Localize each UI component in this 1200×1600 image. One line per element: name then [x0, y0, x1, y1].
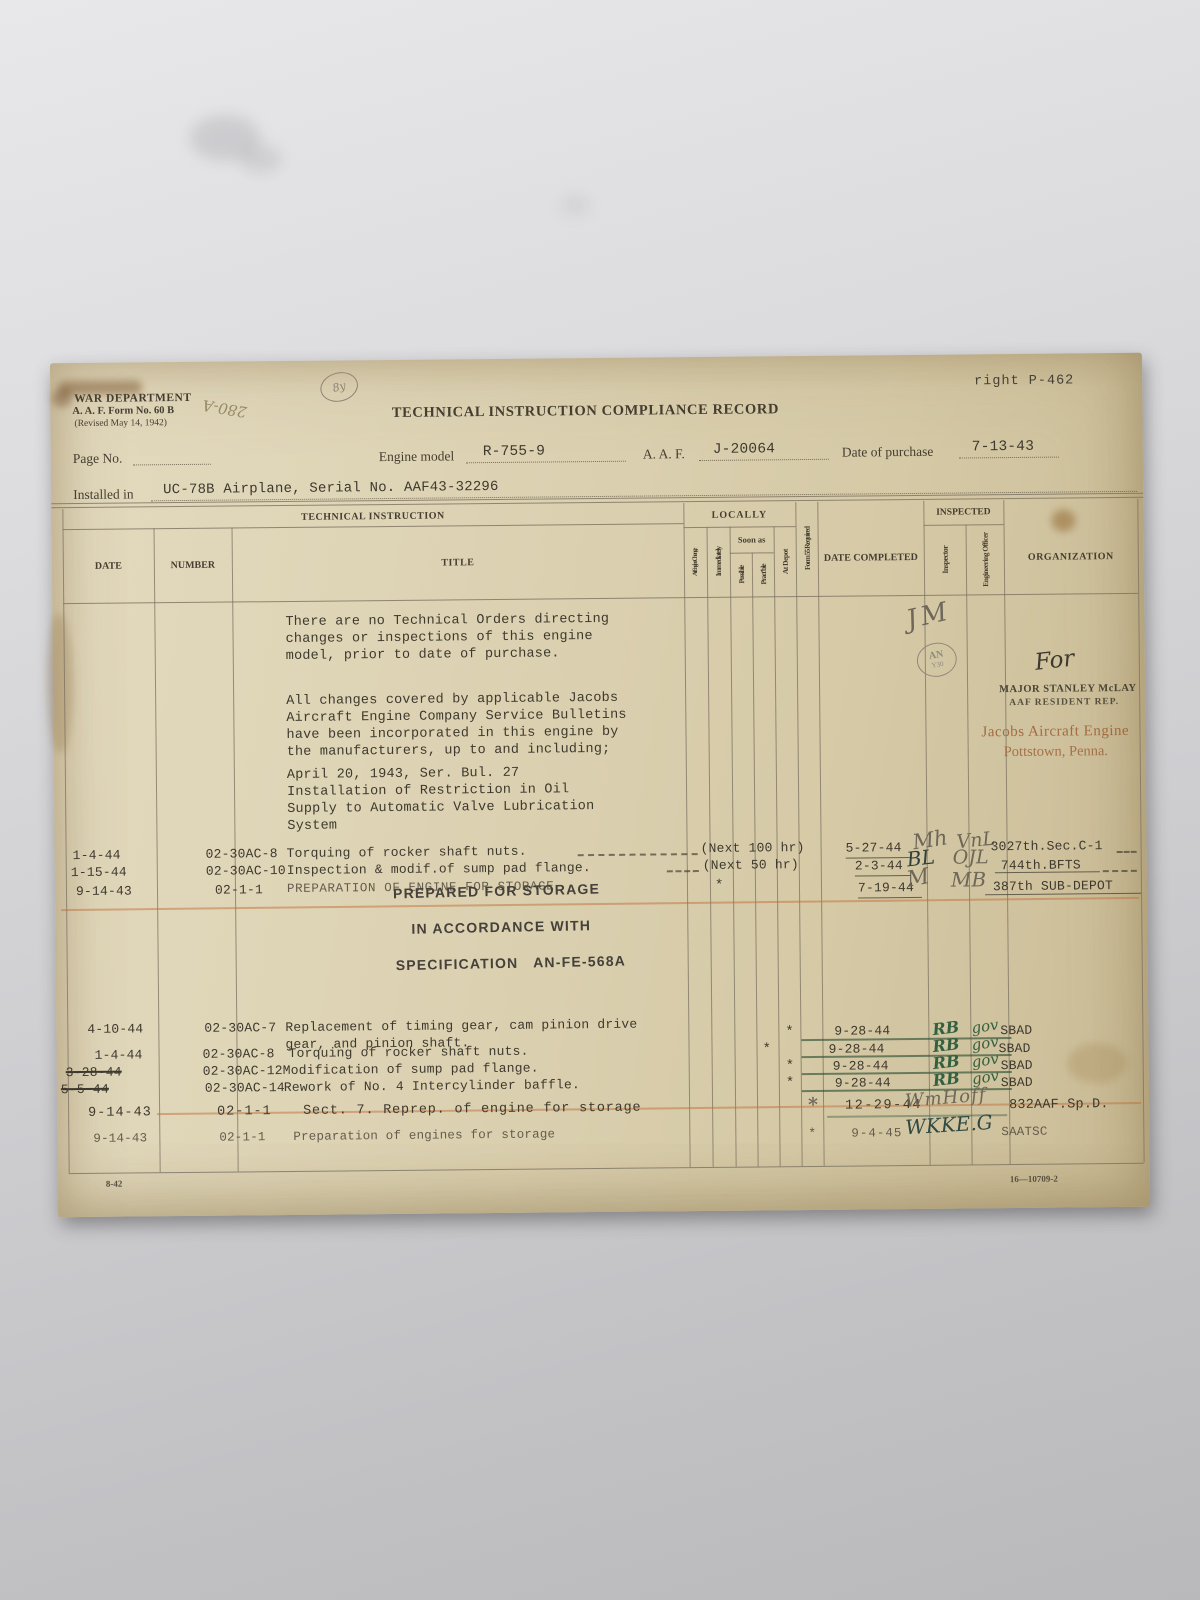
footer-print-code: 16—10709-2	[1010, 1174, 1058, 1184]
form55-right-rule	[817, 502, 824, 1166]
entry-organization: SAATSC	[1001, 1124, 1047, 1141]
col-practble-label: Pract'ble	[758, 564, 767, 584]
entry-date-completed: 9-4-45	[851, 1125, 902, 1142]
col-at-depot: At Depot	[774, 526, 797, 596]
col-number: NUMBER	[154, 528, 233, 603]
aaf-serial-value: J-20064	[713, 441, 775, 459]
background-smudge	[560, 195, 590, 215]
col-soon-as: Soon as	[730, 526, 774, 552]
entry-number: 02-1-1	[215, 881, 263, 898]
pencil-code: 280-A	[201, 396, 248, 421]
col-form55-label: Form 55 Required	[802, 527, 811, 570]
jacobs-stamp-line2: Pottstown, Penna.	[1004, 743, 1108, 761]
entry-number: 02-30AC-10	[206, 862, 286, 880]
jacobs-stamp-line1: Jacobs Aircraft Engine	[981, 723, 1129, 741]
form55-left-rule	[795, 502, 802, 1166]
purchase-date-blank	[959, 457, 1059, 459]
eng-officer-initials-handwritten: MB	[951, 867, 986, 891]
entry-number: 02-30AC-7	[204, 1019, 276, 1037]
an-inspection-stamp: AN Y30	[915, 640, 960, 680]
entry-title: Sect. 7. Reprep. of engine for storage	[303, 1100, 641, 1120]
document-title: TECHNICAL INSTRUCTION COMPLIANCE RECORD	[380, 401, 790, 422]
col-practble: Pract'ble	[752, 552, 774, 596]
footer-form-code: 8-42	[106, 1179, 123, 1189]
entry-star: *	[762, 1041, 771, 1058]
purchase-date-value: 7-13-43	[972, 439, 1034, 457]
entry-title: Inspection & modif.of sump pad flange.	[287, 859, 591, 879]
an-stamp-bottom-text: Y30	[931, 660, 944, 670]
installed-in-value: UC-78B Airplane, Serial No. AAF43-32296	[163, 479, 499, 499]
entry-date: 1-4-44	[73, 847, 121, 864]
entry-dash	[1103, 870, 1137, 872]
entry-date-completed: 2-3-44	[855, 857, 911, 877]
mclay-stamp-line2: AAF RESIDENT REP.	[1009, 697, 1119, 708]
agency-name: WAR DEPARTMENT	[74, 392, 191, 405]
circled-pencil-mark: 8y	[317, 368, 361, 406]
col-at-engine-change: At Engine Change	[684, 527, 708, 597]
note-paragraph-2: All changes covered by applicable Jacobs…	[286, 690, 627, 761]
engine-model-value: R-755-9	[483, 444, 545, 462]
inspector-signature-handwritten: WKKE.G	[905, 1110, 994, 1139]
for-handwritten-note: For	[1033, 645, 1075, 675]
entry-date: 9-14-43	[88, 1104, 152, 1122]
entry-note: (Next 50 hr)	[703, 856, 799, 874]
table-right-rule	[1137, 499, 1144, 1163]
col-form55-required: Form 55 Required	[795, 502, 818, 596]
corner-page-note: right P-462	[974, 373, 1074, 389]
entry-star: *	[808, 1094, 818, 1116]
entry-date-completed: 5-27-44	[846, 839, 910, 859]
storage-stamp-line1: PREPARED FOR STORAGE	[393, 881, 600, 902]
group-locally: LOCALLY	[683, 502, 795, 527]
storage-stamp-line3: SPECIFICATION AN-FE-568A	[396, 953, 627, 974]
entry-organization: 3027th.Sec.C-1	[991, 837, 1103, 855]
col-immediately-label: Immediately	[714, 547, 723, 577]
page-no-label: Page No.	[73, 451, 123, 467]
col-possible: Possible	[730, 553, 752, 597]
aaf-label: A. A. F.	[643, 446, 685, 462]
eng-officer-initials-handwritten: OJL	[953, 846, 989, 868]
date-number-rule	[154, 528, 161, 1172]
col-engineering-officer: Engineering Officer	[966, 524, 1005, 594]
entry-star: *	[808, 1125, 816, 1142]
entry-number: 02-30AC-14	[205, 1079, 285, 1097]
col-inspector: Inspector	[924, 524, 967, 594]
background-smudge	[240, 145, 282, 173]
storage-stamp-line2: IN ACCORDANCE WITH	[411, 917, 591, 937]
entry-title: Rework of No. 4 Intercylinder baffle.	[284, 1076, 580, 1096]
photo-background: WAR DEPARTMENT A. A. F. Form No. 60 B (R…	[0, 0, 1200, 1600]
entry-note: (Next 100 hr)	[701, 839, 805, 857]
col-organization: ORGANIZATION	[1003, 519, 1138, 594]
col-date: DATE	[63, 528, 155, 603]
edge-stain	[46, 613, 73, 753]
inspector-column-initials: JM	[904, 596, 954, 635]
mclay-stamp-line1: MAJOR STANLEY McLAY	[999, 683, 1137, 695]
engine-model-label: Engine model	[379, 448, 455, 465]
form-revision: (Revised May 14, 1942)	[74, 418, 166, 429]
entry-number: 02-30AC-8	[202, 1045, 274, 1063]
note-paragraph-3: April 20, 1943, Ser. Bul. 27 Installatio…	[287, 764, 595, 835]
entry-date: 9-14-43	[93, 1130, 147, 1148]
entry-number: 02-30AC-8	[206, 845, 278, 863]
group-inspected: INSPECTED	[923, 500, 1003, 525]
entry-number: 02-1-1	[217, 1103, 272, 1121]
entry-dash	[667, 870, 699, 872]
entry-date: 3-28-44	[66, 1064, 122, 1082]
col-at-depot-label: At Depot	[780, 549, 789, 574]
entry-date: 1-15-44	[71, 864, 127, 882]
corner-stain	[1067, 1043, 1127, 1084]
entry-star: *	[715, 878, 724, 895]
entry-date: 1-4-44	[94, 1046, 142, 1063]
entry-date: 5-5-44	[61, 1081, 109, 1098]
entry-star: *	[786, 1058, 795, 1075]
title-end-rule	[683, 503, 690, 1167]
entry-title: Preparation of engines for storage	[293, 1126, 555, 1146]
page-no-blank	[133, 464, 211, 466]
entry-dash	[1117, 851, 1137, 853]
col-possible-label: Possible	[736, 566, 745, 584]
col-date-completed: DATE COMPLETED	[817, 521, 924, 596]
inspector-initials-handwritten: M	[905, 864, 932, 893]
entry-date-completed: 9-28-44	[834, 1022, 890, 1040]
col-title: TITLE	[232, 523, 685, 601]
orange-rule	[61, 897, 1139, 911]
col-at-engine-change-label: At Engine Change	[692, 549, 699, 576]
col-immediately: Immediately	[707, 527, 731, 597]
entry-underline	[985, 893, 1141, 895]
entry-date: 9-14-43	[76, 882, 132, 900]
form-number: A. A. F. Form No. 60 B	[72, 405, 174, 417]
entry-number: 02-1-1	[219, 1129, 265, 1146]
entry-dash	[578, 853, 698, 856]
note-paragraph-1: There are no Technical Orders directing …	[285, 611, 609, 665]
engine-model-blank	[466, 461, 626, 464]
entry-star: *	[785, 1024, 794, 1041]
entry-date: 4-10-44	[87, 1020, 143, 1038]
staple-stain	[52, 389, 72, 407]
installed-in-label: Installed in	[73, 486, 134, 503]
entry-star: *	[786, 1075, 795, 1092]
aaf-serial-blank	[699, 459, 829, 461]
col-engineering-officer-label: Engineering Officer	[980, 532, 990, 587]
purchase-date-label: Date of purchase	[842, 444, 934, 461]
table-bottom-rule	[69, 1163, 1144, 1174]
entry-number: 02-30AC-12	[203, 1062, 283, 1080]
entry-organization: 832AAF.Sp.D.	[1009, 1096, 1109, 1114]
document-card: WAR DEPARTMENT A. A. F. Form No. 60 B (R…	[50, 353, 1150, 1217]
circled-pencil-mark-text: 8y	[331, 379, 347, 395]
col-inspector-label: Inspector	[940, 546, 949, 574]
